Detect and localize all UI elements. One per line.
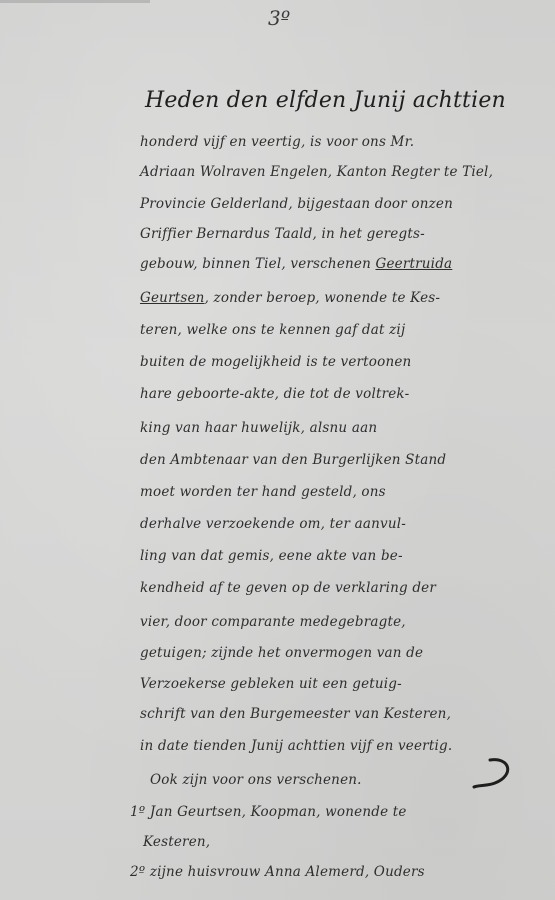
text-line-6-part: gebouw, binnen Tiel, verschenen [140,256,375,272]
text-line-15: ling van dat gemis, eene akte van be- [140,548,403,564]
text-line-14: derhalve verzoekende om, ter aanvul- [140,516,406,532]
text-line-5: Griffier Bernardus Taald, in het geregts… [140,226,425,242]
text-line-6: gebouw, binnen Tiel, verschenen Geertrui… [140,256,452,272]
text-line-23: 1º Jan Geurtsen, Koopman, wonende te [130,804,407,820]
text-line-2: honderd vijf en veertig, is voor ons Mr. [140,134,414,150]
text-line-7-part: , zonder beroep, wonende te Kes- [205,290,441,306]
underlined-name-last: Geurtsen [140,290,205,306]
text-line-1: Heden den elfden Junij achttien [145,88,506,113]
text-line-20: schrift van den Burgemeester van Kestere… [140,706,451,722]
text-line-7: Geurtsen, zonder beroep, wonende te Kes- [140,290,440,306]
text-line-24: Kesteren, [143,834,210,850]
flourish-mark [470,755,520,790]
underlined-name-first: Geertruida [375,256,452,272]
text-line-13: moet worden ter hand gesteld, ons [140,484,386,500]
text-line-11: king van haar huwelijk, alsnu aan [140,420,377,436]
text-line-12: den Ambtenaar van den Burgerlijken Stand [140,452,446,468]
text-line-8: teren, welke ons te kennen gaf dat zij [140,322,405,338]
text-line-22: Ook zijn voor ons verschenen. [150,772,362,788]
text-line-21: in date tienden Junij achttien vijf en v… [140,738,452,754]
text-line-9: buiten de mogelijkheid is te vertoonen [140,354,411,370]
document-page: 3º Heden den elfden Junij achttien honde… [0,0,555,900]
text-line-10: hare geboorte-akte, die tot de voltrek- [140,386,409,402]
text-line-18: getuigen; zijnde het onvermogen van de [140,645,423,661]
text-line-17: vier, door comparante medegebragte, [140,614,406,630]
page-edge [0,0,150,3]
text-line-4: Provincie Gelderland, bijgestaan door on… [140,196,453,212]
text-line-3: Adriaan Wolraven Engelen, Kanton Regter … [140,164,493,180]
text-line-16: kendheid af te geven op de verklaring de… [140,580,436,596]
text-line-25: 2º zijne huisvrouw Anna Alemerd, Ouders [130,864,425,880]
text-line-19: Verzoekerse gebleken uit een getuig- [140,676,402,692]
page-number: 3º [268,6,290,30]
